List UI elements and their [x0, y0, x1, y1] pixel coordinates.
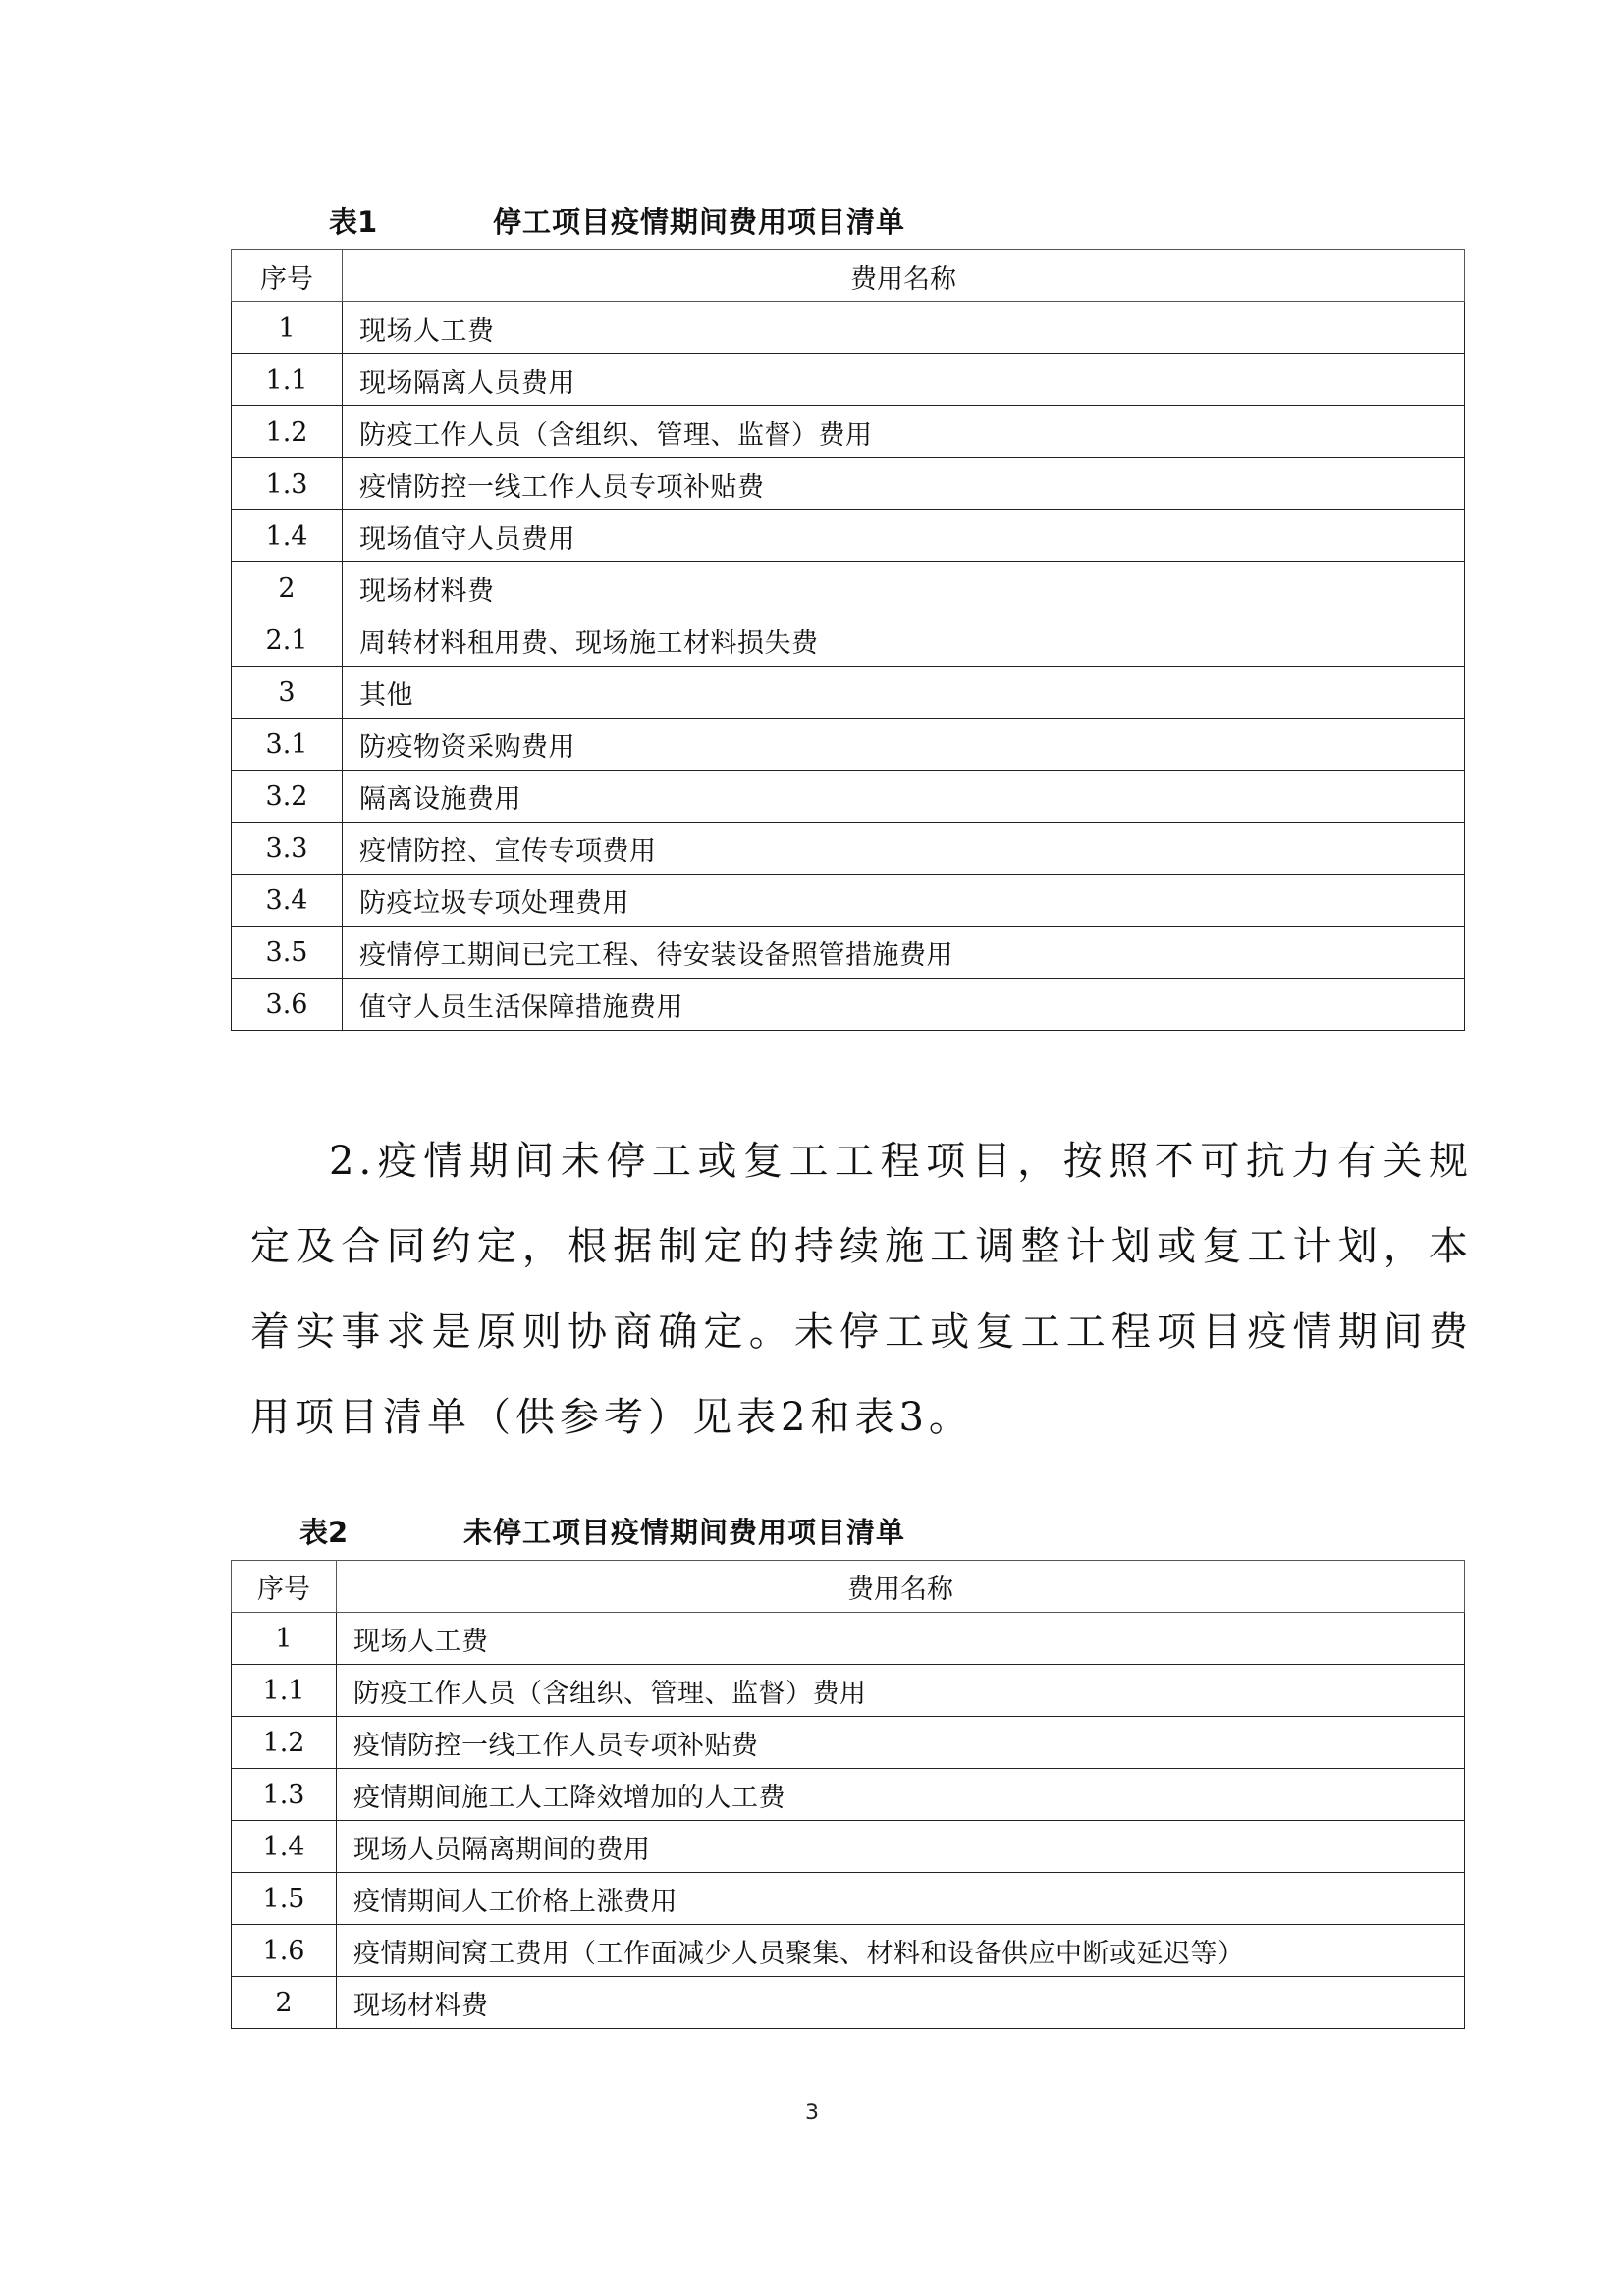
table1-header-row: 序号 费用名称 — [232, 250, 1465, 302]
row-name: 现场人工费 — [343, 302, 1465, 354]
row-seq: 1.3 — [232, 1769, 337, 1821]
table-row: 2.1周转材料租用费、现场施工材料损失费 — [232, 614, 1465, 667]
paragraph-text: 2.疫情期间未停工或复工工程项目，按照不可抗力有关规定及合同约定，根据制定的持续… — [250, 1139, 1473, 1440]
row-name: 隔离设施费用 — [343, 771, 1465, 823]
table1-header-seq: 序号 — [232, 250, 343, 302]
table-row: 3.2隔离设施费用 — [232, 771, 1465, 823]
row-name: 疫情防控、宣传专项费用 — [343, 823, 1465, 875]
row-name: 疫情防控一线工作人员专项补贴费 — [337, 1717, 1465, 1769]
row-name: 其他 — [343, 667, 1465, 719]
table-row: 3.1防疫物资采购费用 — [232, 719, 1465, 771]
row-seq: 1.6 — [232, 1925, 337, 1977]
row-seq: 2.1 — [232, 614, 343, 667]
row-seq: 3.2 — [232, 771, 343, 823]
row-name: 疫情期间人工价格上涨费用 — [337, 1873, 1465, 1925]
row-name: 防疫垃圾专项处理费用 — [343, 875, 1465, 927]
row-seq: 2 — [232, 562, 343, 614]
row-name: 疫情期间施工人工降效增加的人工费 — [337, 1769, 1465, 1821]
row-name: 现场隔离人员费用 — [343, 354, 1465, 406]
row-seq: 2 — [232, 1977, 337, 2029]
page-number: 3 — [0, 2101, 1624, 2125]
row-seq: 1.4 — [232, 1821, 337, 1873]
row-seq: 1.3 — [232, 458, 343, 510]
row-name: 疫情期间窝工费用（工作面减少人员聚集、材料和设备供应中断或延迟等） — [337, 1925, 1465, 1977]
table-row: 2现场材料费 — [232, 562, 1465, 614]
table-row: 1.4现场值守人员费用 — [232, 510, 1465, 562]
table-row: 1.3疫情防控一线工作人员专项补贴费 — [232, 458, 1465, 510]
table2-caption-number: 表2 — [299, 1513, 348, 1552]
row-name: 值守人员生活保障措施费用 — [343, 979, 1465, 1031]
row-name: 疫情防控一线工作人员专项补贴费 — [343, 458, 1465, 510]
row-name: 防疫物资采购费用 — [343, 719, 1465, 771]
table-row: 1.4现场人员隔离期间的费用 — [232, 1821, 1465, 1873]
row-seq: 3 — [232, 667, 343, 719]
row-name: 现场值守人员费用 — [343, 510, 1465, 562]
row-seq: 1.5 — [232, 1873, 337, 1925]
table-row: 1.5疫情期间人工价格上涨费用 — [232, 1873, 1465, 1925]
table-row: 3.4防疫垃圾专项处理费用 — [232, 875, 1465, 927]
row-name: 现场人员隔离期间的费用 — [337, 1821, 1465, 1873]
table2-caption: 表2 未停工项目疫情期间费用项目清单 — [299, 1513, 1085, 1552]
table-row: 1.1现场隔离人员费用 — [232, 354, 1465, 406]
row-seq: 3.1 — [232, 719, 343, 771]
table2-header-name: 费用名称 — [337, 1561, 1465, 1613]
body-paragraph: 2.疫情期间未停工或复工工程项目，按照不可抗力有关规定及合同约定，根据制定的持续… — [250, 1119, 1473, 1461]
row-seq: 1.1 — [232, 354, 343, 406]
table-row: 3.3疫情防控、宣传专项费用 — [232, 823, 1465, 875]
row-seq: 3.3 — [232, 823, 343, 875]
table1-caption-number: 表1 — [329, 202, 377, 241]
row-seq: 3.6 — [232, 979, 343, 1031]
table-row: 2现场材料费 — [232, 1977, 1465, 2029]
table1-caption: 表1 停工项目疫情期间费用项目清单 — [329, 202, 1075, 241]
table-row: 1.2防疫工作人员（含组织、管理、监督）费用 — [232, 406, 1465, 458]
row-name: 现场材料费 — [337, 1977, 1465, 2029]
table-row: 1现场人工费 — [232, 302, 1465, 354]
table-row: 1.2疫情防控一线工作人员专项补贴费 — [232, 1717, 1465, 1769]
table2-caption-title: 未停工项目疫情期间费用项目清单 — [463, 1513, 905, 1552]
row-seq: 1.2 — [232, 1717, 337, 1769]
table-row: 1.1防疫工作人员（含组织、管理、监督）费用 — [232, 1665, 1465, 1717]
row-seq: 3.5 — [232, 927, 343, 979]
table1-header-name: 费用名称 — [343, 250, 1465, 302]
table2: 序号 费用名称 1现场人工费 1.1防疫工作人员（含组织、管理、监督）费用 1.… — [231, 1560, 1465, 2029]
row-name: 周转材料租用费、现场施工材料损失费 — [343, 614, 1465, 667]
row-seq: 1.4 — [232, 510, 343, 562]
row-seq: 1.2 — [232, 406, 343, 458]
row-name: 疫情停工期间已完工程、待安装设备照管措施费用 — [343, 927, 1465, 979]
row-name: 现场人工费 — [337, 1613, 1465, 1665]
table2-header-seq: 序号 — [232, 1561, 337, 1613]
table-row: 1现场人工费 — [232, 1613, 1465, 1665]
table-row: 1.6疫情期间窝工费用（工作面减少人员聚集、材料和设备供应中断或延迟等） — [232, 1925, 1465, 1977]
table-row: 3.6值守人员生活保障措施费用 — [232, 979, 1465, 1031]
table1: 序号 费用名称 1现场人工费 1.1现场隔离人员费用 1.2防疫工作人员（含组织… — [231, 249, 1465, 1031]
row-name: 防疫工作人员（含组织、管理、监督）费用 — [337, 1665, 1465, 1717]
row-seq: 1 — [232, 1613, 337, 1665]
row-seq: 3.4 — [232, 875, 343, 927]
table1-caption-title: 停工项目疫情期间费用项目清单 — [493, 202, 905, 241]
table2-header-row: 序号 费用名称 — [232, 1561, 1465, 1613]
row-seq: 1 — [232, 302, 343, 354]
table-row: 3其他 — [232, 667, 1465, 719]
row-name: 现场材料费 — [343, 562, 1465, 614]
row-seq: 1.1 — [232, 1665, 337, 1717]
row-name: 防疫工作人员（含组织、管理、监督）费用 — [343, 406, 1465, 458]
table-row: 1.3疫情期间施工人工降效增加的人工费 — [232, 1769, 1465, 1821]
table-row: 3.5疫情停工期间已完工程、待安装设备照管措施费用 — [232, 927, 1465, 979]
